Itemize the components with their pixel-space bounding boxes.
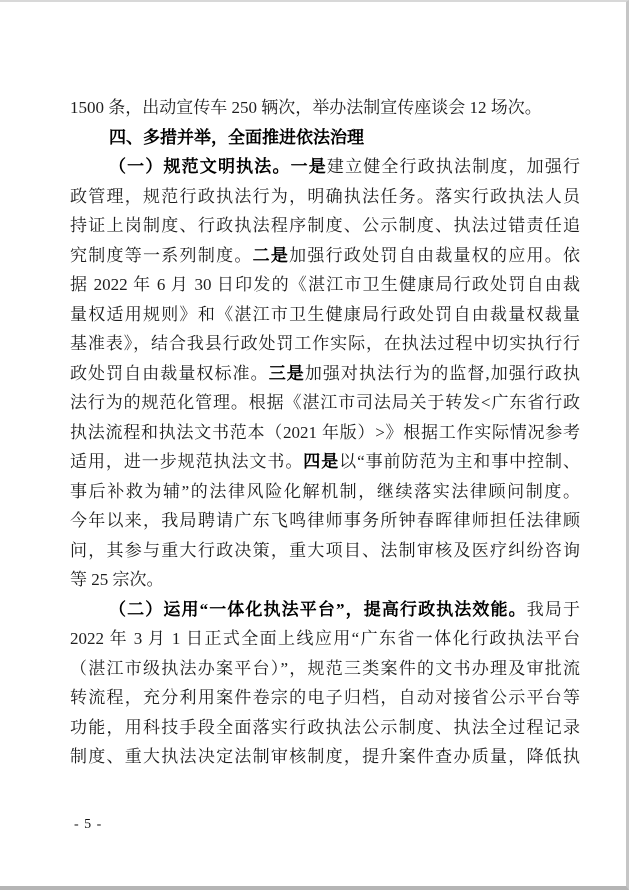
text-segment: 据 2022 年 6 月 30 日印发的《湛江市卫生健康局行政处罚自由裁 [70,275,580,294]
text-line: 事后补救为辅”的法律风险化解机制，继续落实法律顾问制度。 [70,477,580,507]
text-segment: 政管理，规范行政执法行为，明确执法任务。落实行政执法人员 [70,187,580,206]
text-line: 适用，进一步规范执法文书。四是以“事前防范为主和事中控制、 [70,447,580,477]
text-line: 问，其参与重大行政决策，重大项目、法制审核及医疗纠纷咨询 [70,536,580,566]
text-segment: 基准表》，结合我县行政处罚工作实际，在执法过程中切实执行行 [70,334,580,353]
bold-text-segment: （一）规范文明执法。一是 [109,157,327,176]
text-segment: 适用，进一步规范执法文书。 [70,452,303,471]
text-line: （湛江市级执法办案平台）”，规范三类案件的文书办理及审批流 [70,654,580,684]
text-line: 1500 条，出动宣传车 250 辆次，举办法制宣传座谈会 12 场次。 [70,93,580,123]
text-line: 究制度等一系列制度。二是加强行政处罚自由裁量权的应用。依 [70,241,580,271]
text-segment: 加强行政处罚自由裁量权的应用。依 [289,246,580,265]
text-segment: 2022 年 3 月 1 日正式全面上线应用“广东省一体化行政执法平台 [70,629,580,648]
text-segment: 我局于 [527,600,580,619]
text-segment: 事后补救为辅”的法律风险化解机制，继续落实法律顾问制度。 [70,482,580,501]
text-segment: 持证上岗制度、行政执法程序制度、公示制度、执法过错责任追 [70,216,580,235]
text-line: 政管理，规范行政执法行为，明确执法任务。落实行政执法人员 [70,182,580,212]
text-line: 执法流程和执法文书范本（2021 年版）>》根据工作实际情况参考 [70,418,580,448]
document-body: 1500 条，出动宣传车 250 辆次，举办法制宣传座谈会 12 场次。四、多措… [70,93,580,772]
text-segment: 政处罚自由裁量权标准。 [70,364,269,383]
bold-text-segment: （二）运用“一体化执法平台”，提高行政执法效能。 [109,600,527,619]
bold-text-segment: 二是 [253,246,290,265]
text-line: （二）运用“一体化执法平台”，提高行政执法效能。我局于 [70,595,580,625]
text-segment: 法行为的规范化管理。根据《湛江市司法局关于转发<广东省行政 [70,393,580,412]
text-segment: 转流程，充分利用案件卷宗的电子归档，自动对接省公示平台等 [70,688,580,707]
text-line: 基准表》，结合我县行政处罚工作实际，在执法过程中切实执行行 [70,329,580,359]
text-line: 据 2022 年 6 月 30 日印发的《湛江市卫生健康局行政处罚自由裁 [70,270,580,300]
text-segment: 功能，用科技手段全面落实行政执法公示制度、执法全过程记录 [70,718,580,737]
text-line: 量权适用规则》和《湛江市卫生健康局行政处罚自由裁量权裁量 [70,300,580,330]
text-segment: 究制度等一系列制度。 [70,246,253,265]
text-segment: 1500 条，出动宣传车 250 辆次，举办法制宣传座谈会 12 场次。 [70,98,542,117]
text-segment: 以“事前防范为主和事中控制、 [339,452,580,471]
text-line: 政处罚自由裁量权标准。三是加强对执法行为的监督,加强行政执 [70,359,580,389]
text-segment: 建立健全行政执法制度，加强行 [327,157,580,176]
text-segment: 今年以来，我局聘请广东飞鸣律师事务所钟春晖律师担任法律顾 [70,511,580,530]
text-segment: 量权适用规则》和《湛江市卫生健康局行政处罚自由裁量权裁量 [70,305,580,324]
text-line: 功能，用科技手段全面落实行政执法公示制度、执法全过程记录 [70,713,580,743]
text-line: （一）规范文明执法。一是建立健全行政执法制度，加强行 [70,152,580,182]
text-segment: 制度、重大执法决定法制审核制度，提升案件查办质量，降低执 [70,747,580,766]
text-line: 四、多措并举，全面推进依法治理 [70,123,580,153]
text-segment: 问，其参与重大行政决策，重大项目、法制审核及医疗纠纷咨询 [70,541,580,560]
text-line: 等 25 宗次。 [70,565,580,595]
text-line: 持证上岗制度、行政执法程序制度、公示制度、执法过错责任追 [70,211,580,241]
text-line: 转流程，充分利用案件卷宗的电子归档，自动对接省公示平台等 [70,683,580,713]
text-line: 法行为的规范化管理。根据《湛江市司法局关于转发<广东省行政 [70,388,580,418]
bold-text-segment: 四是 [303,452,339,471]
page-number: - 5 - [74,815,102,835]
bold-text-segment: 四、多措并举，全面推进依法治理 [109,128,364,147]
text-line: 制度、重大执法决定法制审核制度，提升案件查办质量，降低执 [70,742,580,772]
text-segment: （湛江市级执法办案平台）”，规范三类案件的文书办理及审批流 [70,659,580,678]
text-line: 2022 年 3 月 1 日正式全面上线应用“广东省一体化行政执法平台 [70,624,580,654]
text-line: 今年以来，我局聘请广东飞鸣律师事务所钟春晖律师担任法律顾 [70,506,580,536]
text-segment: 等 25 宗次。 [70,570,164,589]
text-segment: 执法流程和执法文书范本（2021 年版）>》根据工作实际情况参考 [70,423,580,442]
bold-text-segment: 三是 [269,364,305,383]
document-page: 1500 条，出动宣传车 250 辆次，举办法制宣传座谈会 12 场次。四、多措… [0,0,629,890]
text-segment: 加强对执法行为的监督,加强行政执 [305,364,580,383]
